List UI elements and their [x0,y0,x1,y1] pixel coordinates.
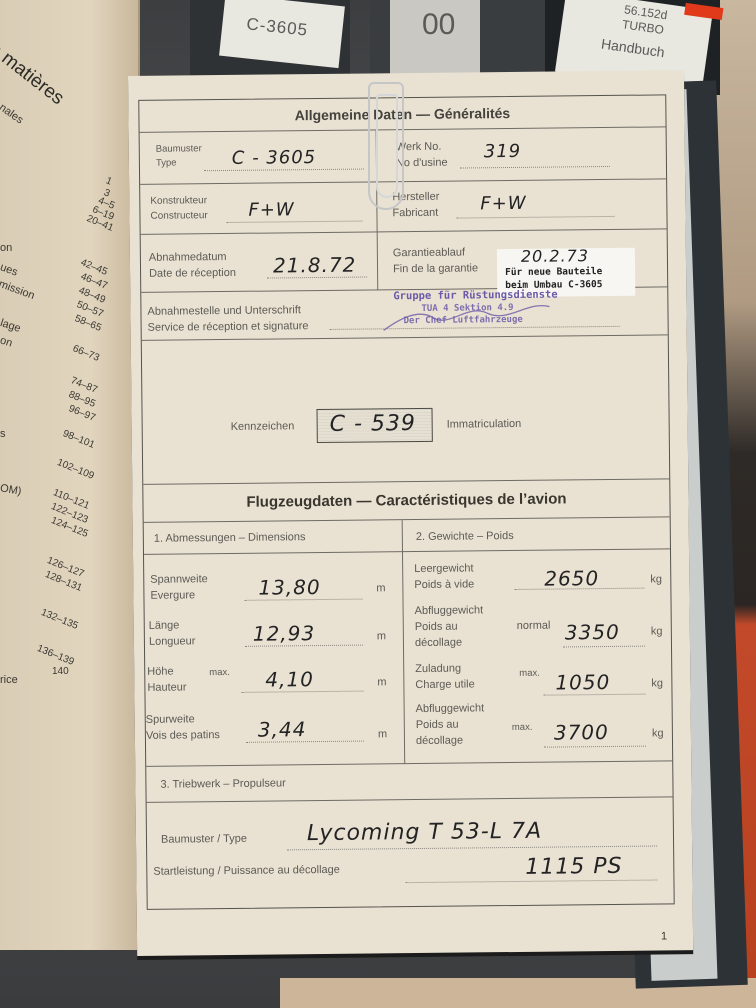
dimension-label: SpurweiteVois des patins [146,712,220,745]
normal-takeoff-weight-value: 3350 [565,620,620,645]
toc-title: a matières [0,38,68,110]
qualifier-label: max. [209,666,230,680]
acceptance-label: Abnahmestelle und UnterschriftService de… [147,303,308,337]
takeoff-power-value: 1115 PS [525,854,622,880]
toc-page-range: 136–139 [35,643,75,668]
aircraft-data-form: Allgemeine Daten — Généralités Baumuster… [138,94,674,909]
unit-label: kg [650,573,662,585]
engine-heading: 3. Triebwerk – Propulseur [160,776,286,793]
work-no-dotted-line [460,166,610,169]
dimension-label: LängeLongueur [149,618,196,650]
toc-entry: lage [0,317,22,335]
logbook-page: Allgemeine Daten — Généralités Baumuster… [128,70,693,956]
toc-entry: on [0,334,14,349]
work-no-value: 319 [484,141,522,162]
toc-page-range: 66–73 [71,343,101,364]
row-engine-data: Baumuster / Type Lycoming T 53-L 7A Star… [147,797,674,909]
dotted-line [563,646,645,648]
manufacturer-dotted-line [457,216,615,219]
track-width-value: 3,44 [258,717,307,742]
unit-label: kg [651,625,663,637]
toc-entry: nales [0,102,25,127]
reception-date-value: 21.8.72 [273,253,357,278]
unit-label: kg [651,677,663,689]
type-dotted-line [204,169,364,172]
unit-label: m [376,582,385,594]
weight-label: AbfluggewichtPoids audécollage [416,701,485,750]
wingspan-value: 13,80 [258,575,321,600]
row-engine-heading: 3. Triebwerk – Propulseur [146,761,672,803]
toc-entry: mission [0,278,36,302]
binder-label-text: C-3605 [246,14,309,39]
binder-label-00: 00 [390,0,480,80]
qualifier-label: normal [517,619,551,635]
height-value: 4,10 [265,667,314,692]
aircraft-data-title: Flugzeugdaten — Caractéristiques de l’av… [143,489,669,512]
engine-type-value: Lycoming T 53-L 7A [307,819,542,846]
registration-label-de: Kennzeichen [231,419,295,436]
length-value: 12,93 [253,621,316,646]
left-page-toc: a matières nales on ues mission lage on … [0,0,140,950]
page-number: 1 [661,930,667,942]
type-value: C - 3605 [232,147,317,169]
toc-page-range: 140 [52,666,69,677]
dotted-line [405,879,657,883]
max-takeoff-weight-value: 3700 [554,720,609,745]
aircraft-data-header: Flugzeugdaten — Caractéristiques de l’av… [143,479,669,523]
constructor-value: F+W [248,199,294,220]
weight-label: LeergewichtPoids à vide [414,561,474,594]
row-dimensions-weights: SpannweiteEvergure 13,80 m LängeLongueur… [144,549,672,766]
qualifier-label: max. [519,667,540,681]
manufacturer-value: F+W [480,193,526,214]
toc-entry: rice [0,674,18,686]
toc-page-range: 98–101 [61,428,96,451]
constructor-dotted-line [227,221,363,223]
warranty-label: GarantieablaufFin de la garantie [393,245,478,278]
warranty-end-value: 20.2.73 [521,246,589,266]
weights-heading: 2. Gewichte – Poids [416,529,514,546]
toc-entry: s [0,428,6,440]
registration-label-fr: Immatriculation [447,417,522,434]
toc-entry: on [0,242,12,254]
type-label: BaumusterType [156,142,202,170]
weight-label: AbfluggewichtPoids audécollage [415,603,484,652]
toc-entry: ues [0,261,19,278]
dimension-label: SpannweiteEvergure [150,572,208,604]
engine-type-label: Baumuster / Type [161,832,247,849]
toc-page-range: 132–135 [39,607,79,632]
constructor-label: KonstrukteurConstructeur [150,194,208,224]
toc-entry: OM) [0,482,22,498]
weight-label: ZuladungCharge utile [415,661,475,693]
registration-box: C - 539 [316,408,432,443]
registration-value: C - 539 [330,411,417,437]
warranty-stamp-line: Für neue Bauteile [505,266,602,278]
dotted-line [287,846,657,851]
dimension-label: HöheHauteur [147,664,186,696]
takeoff-power-label: Startleistung / Puissance au décollage [153,863,340,881]
dotted-line [544,746,646,748]
binder-label-text: 00 [422,8,455,41]
unit-label: m [378,728,387,740]
empty-weight-value: 2650 [544,566,599,591]
reception-date-label: AbnahmedatumDate de réception [149,250,236,283]
signature-scribble [377,299,557,335]
unit-label: m [377,630,386,642]
dimensions-heading: 1. Abmessungen – Dimensions [154,530,306,548]
payload-value: 1050 [555,670,610,695]
toc-page-range: 1 [104,175,113,187]
row-acceptance: Abnahmestelle und UnterschriftService de… [141,287,667,341]
paper-clip [368,82,404,210]
toc-page-range: 102–109 [55,457,95,482]
unit-label: kg [652,727,664,739]
unit-label: m [377,676,386,688]
qualifier-label: max. [512,721,533,735]
